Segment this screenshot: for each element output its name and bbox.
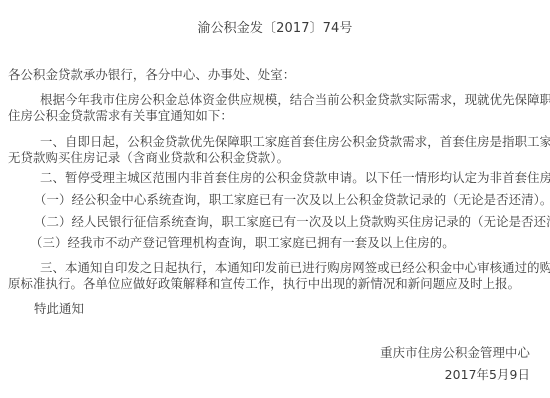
document-title: 渝公积金发〔2017〕74号 (0, 21, 550, 37)
paragraph-item-3-line-2: 原标准执行。各单位应做好政策解释和宣传工作，执行中出现的新情况和新问题应及时上报… (8, 276, 520, 292)
signature-organization: 重庆市住房公积金管理中心 (380, 345, 530, 361)
closing-remark: 特此通知 (34, 301, 84, 317)
signature-date: 2017年5月9日 (445, 367, 530, 383)
sub-item-2: （二）经人民银行征信系统查询，职工家庭已有一次及以上贷款购买住房记录的（无论是否… (34, 214, 550, 230)
sub-item-3: （三）经我市不动产登记管理机构查询，职工家庭已拥有一套及以上住房的。 (30, 235, 455, 251)
paragraph-intro-line-2: 住房公积金贷款需求有关事宜通知如下： (8, 108, 233, 124)
paragraph-intro-line-1: 根据今年我市住房公积金总体资金供应规模，结合当前公积金贷款实际需求，现就优先保障… (40, 92, 550, 108)
sub-item-1: （一）经公积金中心系统查询，职工家庭已有一次及以上公积金贷款记录的（无论是否还清… (34, 192, 550, 208)
salutation: 各公积金贷款承办银行，各分中心、办事处、处室： (8, 67, 295, 83)
paragraph-item-2: 二、暂停受理主城区范围内非首套住房的公积金贷款申请。以下任一情形均认定为非首套住… (40, 170, 550, 186)
paragraph-item-1-line-1: 一、自即日起，公积金贷款优先保障职工家庭首套住房公积金贷款需求，首套住房是指职工… (40, 134, 550, 150)
paragraph-item-1-line-2: 无贷款购买住房记录（含商业贷款和公积金贷款）。 (8, 150, 289, 166)
paragraph-item-3-line-1: 三、本通知自印发之日起执行，本通知印发前已进行购房网签或已经公积金中心审核通过的… (40, 260, 550, 276)
